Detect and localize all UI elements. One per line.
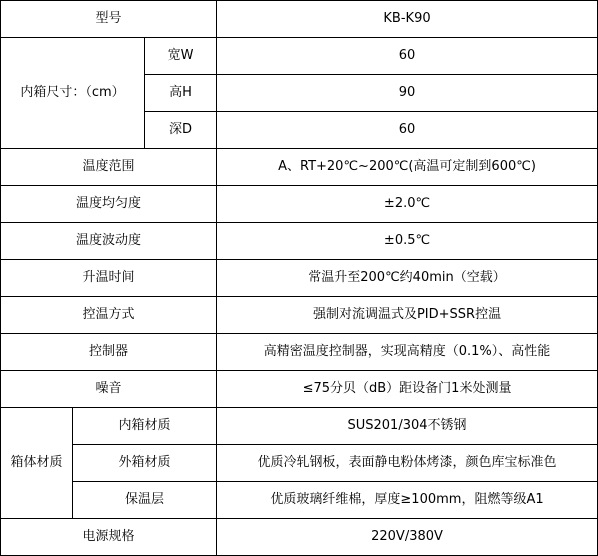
heating-time-value: 常温升至200℃约40min（空载）	[217, 260, 598, 297]
row-power: 电源规格 220V/380V	[1, 519, 598, 556]
row-temp-control: 控温方式 强制对流调温式及PID+SSR控温	[1, 297, 598, 334]
inner-width-value: 60	[217, 38, 598, 75]
outer-material-label: 外箱材质	[73, 445, 217, 482]
row-insulation: 保温层 优质玻璃纤维棉，厚度≥100mm，阻燃等级A1	[1, 482, 598, 519]
model-value: KB-K90	[217, 1, 598, 38]
row-inner-width: 内箱尺寸：（cm） 宽W 60	[1, 38, 598, 75]
noise-value: ≤75分贝（dB）距设备门1米处测量	[217, 371, 598, 408]
temp-control-value: 强制对流调温式及PID+SSR控温	[217, 297, 598, 334]
row-noise: 噪音 ≤75分贝（dB）距设备门1米处测量	[1, 371, 598, 408]
inner-height-value: 90	[217, 75, 598, 112]
temp-uniformity-label: 温度均匀度	[1, 186, 217, 223]
noise-label: 噪音	[1, 371, 217, 408]
temp-uniformity-value: ±2.0℃	[217, 186, 598, 223]
row-model: 型号 KB-K90	[1, 1, 598, 38]
temp-range-label: 温度范围	[1, 149, 217, 186]
row-inner-material: 箱体材质 内箱材质 SUS201/304不锈钢	[1, 408, 598, 445]
power-value: 220V/380V	[217, 519, 598, 556]
row-heating-time: 升温时间 常温升至200℃约40min（空载）	[1, 260, 598, 297]
heating-time-label: 升温时间	[1, 260, 217, 297]
outer-material-value: 优质冷轧钢板，表面静电粉体烤漆，颜色库宝标准色	[217, 445, 598, 482]
controller-value: 高精密温度控制器，实现高精度（0.1%）、高性能	[217, 334, 598, 371]
body-material-label: 箱体材质	[1, 408, 73, 519]
row-controller: 控制器 高精密温度控制器，实现高精度（0.1%）、高性能	[1, 334, 598, 371]
inner-depth-label: 深D	[145, 112, 217, 149]
spec-table: 型号 KB-K90 内箱尺寸：（cm） 宽W 60 高H 90 深D 60 温度…	[0, 0, 598, 556]
inner-depth-value: 60	[217, 112, 598, 149]
controller-label: 控制器	[1, 334, 217, 371]
temp-control-label: 控温方式	[1, 297, 217, 334]
insulation-label: 保温层	[73, 482, 217, 519]
temp-fluctuation-value: ±0.5℃	[217, 223, 598, 260]
model-label: 型号	[1, 1, 217, 38]
row-temp-range: 温度范围 A、RT+20℃~200℃(高温可定制到600℃)	[1, 149, 598, 186]
inner-material-value: SUS201/304不锈钢	[217, 408, 598, 445]
row-temp-uniformity: 温度均匀度 ±2.0℃	[1, 186, 598, 223]
row-outer-material: 外箱材质 优质冷轧钢板，表面静电粉体烤漆，颜色库宝标准色	[1, 445, 598, 482]
inner-size-label: 内箱尺寸：（cm）	[1, 38, 145, 149]
inner-width-label: 宽W	[145, 38, 217, 75]
power-label: 电源规格	[1, 519, 217, 556]
row-temp-fluctuation: 温度波动度 ±0.5℃	[1, 223, 598, 260]
inner-height-label: 高H	[145, 75, 217, 112]
temp-fluctuation-label: 温度波动度	[1, 223, 217, 260]
temp-range-value: A、RT+20℃~200℃(高温可定制到600℃)	[217, 149, 598, 186]
insulation-value: 优质玻璃纤维棉，厚度≥100mm，阻燃等级A1	[217, 482, 598, 519]
inner-material-label: 内箱材质	[73, 408, 217, 445]
